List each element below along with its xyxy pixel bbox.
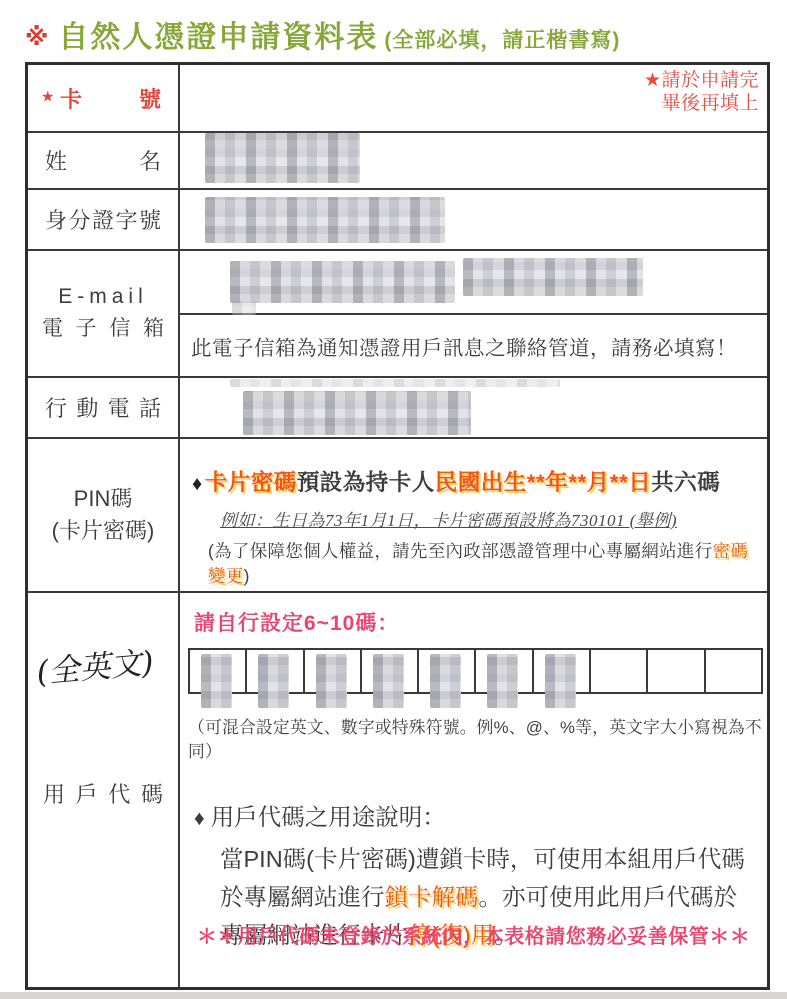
user-code-box-8 [591,650,648,692]
pin-label: PIN碼 (卡片密碼) [52,483,155,547]
email-label-zh: 電子信箱 [42,312,164,342]
user-code-input-boxes [188,648,763,694]
email-address-area [180,251,767,315]
mobile-value-cell [180,378,767,437]
redacted-code-char [487,654,518,708]
email-label-cell: E-mail 電子信箱 [28,251,180,376]
pin-rule-highlight-2: 民國出生**年**月**日 [435,470,652,495]
row-id-number: 身分證字號 [28,190,767,251]
redacted-code-char [258,654,289,708]
id-number-value-cell [180,190,767,249]
name-value-cell [180,133,767,188]
user-code-usage-title: ♦用戶代碼之用途說明： [194,798,756,838]
redacted-id-value [205,197,445,243]
pin-label-line1: PIN碼 [74,486,133,511]
pin-example: 例如：生日為73年1月1日，卡片密碼預設將為730101 (舉例) [220,506,761,531]
application-form-table: ★ 卡號 ★請於申請完 畢後再填上 姓名 身分證字號 E-mail [25,62,770,990]
id-number-label-cell: 身分證字號 [28,190,180,249]
usage-highlight-unlock: 鎖卡解碼 [385,884,479,910]
redacted-code-char [316,654,347,708]
pin-value-cell: ♦卡片密碼預設為持卡人民國出生**年**月**日共六碼 例如：生日為73年1月1… [180,439,767,591]
user-code-box-4 [362,650,419,692]
name-label: 姓名 [28,145,178,176]
user-code-box-7 [534,650,591,692]
scanned-application-form: { "doc": { "title": { "marker": "※", "te… [0,0,787,999]
user-code-label: 用戶代碼 [28,778,178,809]
user-code-hint: （可混合設定英文、數字或特殊符號。例%、@、%等，英文字大小寫視為不同） [188,714,767,762]
card-number-note: ★請於申請完 畢後再填上 [644,70,759,116]
pin-rule-mid: 預設為持卡人 [297,470,435,495]
form-title-note: (全部必填，請正楷書寫) [384,29,620,52]
title-marker-icon: ※ [25,24,48,51]
redacted-code-char [430,654,461,708]
user-code-warning: ＊＊用戶代碼未登錄於系統內，本表格請您務必妥善保管＊＊ [180,920,767,949]
form-title: ※自然人憑證申請資料表(全部必填，請正楷書寫) [25,12,765,56]
pin-description: ♦卡片密碼預設為持卡人民國出生**年**月**日共六碼 例如：生日為73年1月1… [180,439,767,588]
email-note-text: 此電子信箱為通知憑證用戶訊息之聯絡管道，請務必填寫！ [191,331,737,361]
row-pin: PIN碼 (卡片密碼) ♦卡片密碼預設為持卡人民國出生**年**月**日共六碼 … [28,439,767,593]
user-code-box-10 [706,650,761,692]
redacted-code-char [373,654,404,708]
card-note-line2: 畢後再填上 [644,93,759,116]
diamond-bullet-icon: ♦ [194,807,205,830]
row-name: 姓名 [28,133,767,190]
redacted-mobile-value [243,391,471,435]
pin-notice-suffix: ) [244,566,250,586]
user-code-box-5 [419,650,476,692]
card-number-label-cell: ★ 卡號 [28,65,180,131]
redacted-email-value-left [230,261,455,303]
id-number-label: 身分證字號 [28,204,178,235]
pin-label-line2: (卡片密碼) [52,518,155,543]
usage-title-text: 用戶代碼之用途說明： [211,804,446,830]
pin-label-cell: PIN碼 (卡片密碼) [28,439,180,591]
user-code-label-cell: (全英文) 用戶代碼 [28,593,180,987]
name-label-cell: 姓名 [28,133,180,188]
row-user-code: (全英文) 用戶代碼 請自行設定6~10碼： （可混合設定英文、數字或特殊符號。… [28,593,767,987]
pin-notice-prefix: (為了保障您個人權益，請先至內政部憑證管理中心專屬網站進行 [208,541,713,561]
row-email: E-mail 電子信箱 此電子信箱為通知憑證用戶訊息之聯絡管道，請務必填寫！ [28,251,767,378]
pin-rule-highlight-1: 卡片密碼 [205,470,297,495]
mobile-label-cell: 行動電話 [28,378,180,437]
mobile-label: 行動電話 [28,392,178,423]
email-label-en: E-mail [42,285,164,309]
user-code-box-3 [305,650,362,692]
redacted-name-value [205,133,360,183]
row-card-number: ★ 卡號 ★請於申請完 畢後再填上 [28,65,767,133]
email-note-area: 此電子信箱為通知憑證用戶訊息之聯絡管道，請務必填寫！ [180,315,767,376]
required-star-icon: ★ [41,88,54,106]
redacted-email-value-tail [232,301,256,315]
row-mobile-phone: 行動電話 [28,378,767,439]
pin-rule-tail: 共六碼 [651,470,720,495]
user-code-box-9 [648,650,705,692]
diamond-bullet-icon: ♦ [192,473,203,495]
user-code-box-6 [476,650,533,692]
card-number-value-cell: ★請於申請完 畢後再填上 [180,65,767,131]
pin-notice: (為了保障您個人權益，請先至內政部憑證管理中心專屬網站進行密碼變更) [208,538,761,588]
pin-default-rule: ♦卡片密碼預設為持卡人民國出生**年**月**日共六碼 [192,465,761,497]
redacted-mobile-bleed [230,379,560,387]
user-code-value-cell: 請自行設定6~10碼： （可混合設定英文、數字或特殊符號。例%、@、%等，英文字… [180,593,767,987]
user-code-instruction: 請自行設定6~10碼： [194,607,767,637]
redacted-email-value-right [463,258,643,296]
user-code-box-2 [247,650,304,692]
form-title-text: 自然人憑證申請資料表 [58,21,378,54]
redacted-code-char [545,654,576,708]
card-note-line1: ★請於申請完 [644,70,759,93]
email-value-cell: 此電子信箱為通知憑證用戶訊息之聯絡管道，請務必填寫！ [180,251,767,376]
email-label: E-mail 電子信箱 [42,285,164,342]
